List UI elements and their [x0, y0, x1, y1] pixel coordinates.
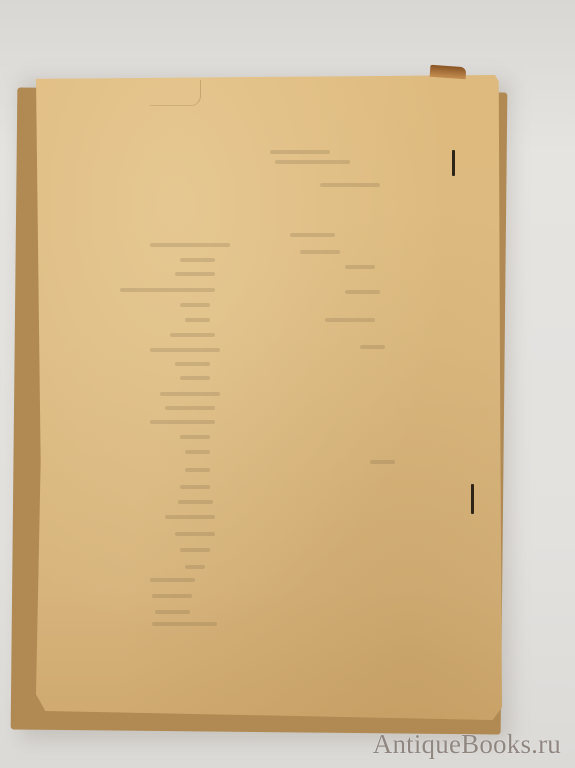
ghost-text-line	[152, 594, 192, 598]
paper-fold-crease	[150, 80, 201, 106]
ghost-text-line	[180, 376, 210, 380]
ghost-text-line	[185, 318, 210, 322]
ghost-text-line	[155, 610, 190, 614]
ghost-text-line	[180, 435, 210, 439]
ghost-text-line	[165, 515, 215, 519]
curled-corner	[430, 65, 467, 79]
ghost-text-line	[360, 345, 385, 349]
staple-top	[452, 150, 455, 176]
aged-paper-page	[36, 75, 502, 720]
ghost-text-line	[150, 348, 220, 352]
ghost-text-line	[150, 578, 195, 582]
ghost-text-line	[180, 303, 210, 307]
ghost-text-line	[325, 318, 375, 322]
ghost-text-line	[175, 362, 210, 366]
ghost-text-line	[180, 485, 210, 489]
ghost-text-line	[275, 160, 350, 164]
ghost-text-line	[180, 258, 215, 262]
staple-bottom	[471, 484, 474, 514]
ghost-text-line	[180, 548, 210, 552]
ghost-text-line	[120, 288, 215, 292]
ghost-text-line	[152, 622, 217, 626]
ghost-text-line	[150, 420, 215, 424]
ghost-text-line	[175, 532, 215, 536]
ghost-text-line	[290, 233, 335, 237]
ghost-text-line	[370, 460, 395, 464]
ghost-text-line	[178, 500, 213, 504]
ghost-text-line	[185, 565, 205, 569]
ghost-text-line	[150, 243, 230, 247]
ghost-text-line	[270, 150, 330, 154]
ghost-text-line	[185, 450, 210, 454]
ghost-text-line	[170, 333, 215, 337]
ghost-text-line	[175, 272, 215, 276]
ghost-text-line	[185, 468, 210, 472]
ghost-text-line	[165, 406, 215, 410]
ghost-text-line	[160, 392, 220, 396]
ghost-text-line	[320, 183, 380, 187]
ghost-text-line	[345, 290, 380, 294]
ghost-text-line	[345, 265, 375, 269]
watermark: AntiqueBooks.ru	[373, 729, 561, 760]
ghost-text-line	[300, 250, 340, 254]
